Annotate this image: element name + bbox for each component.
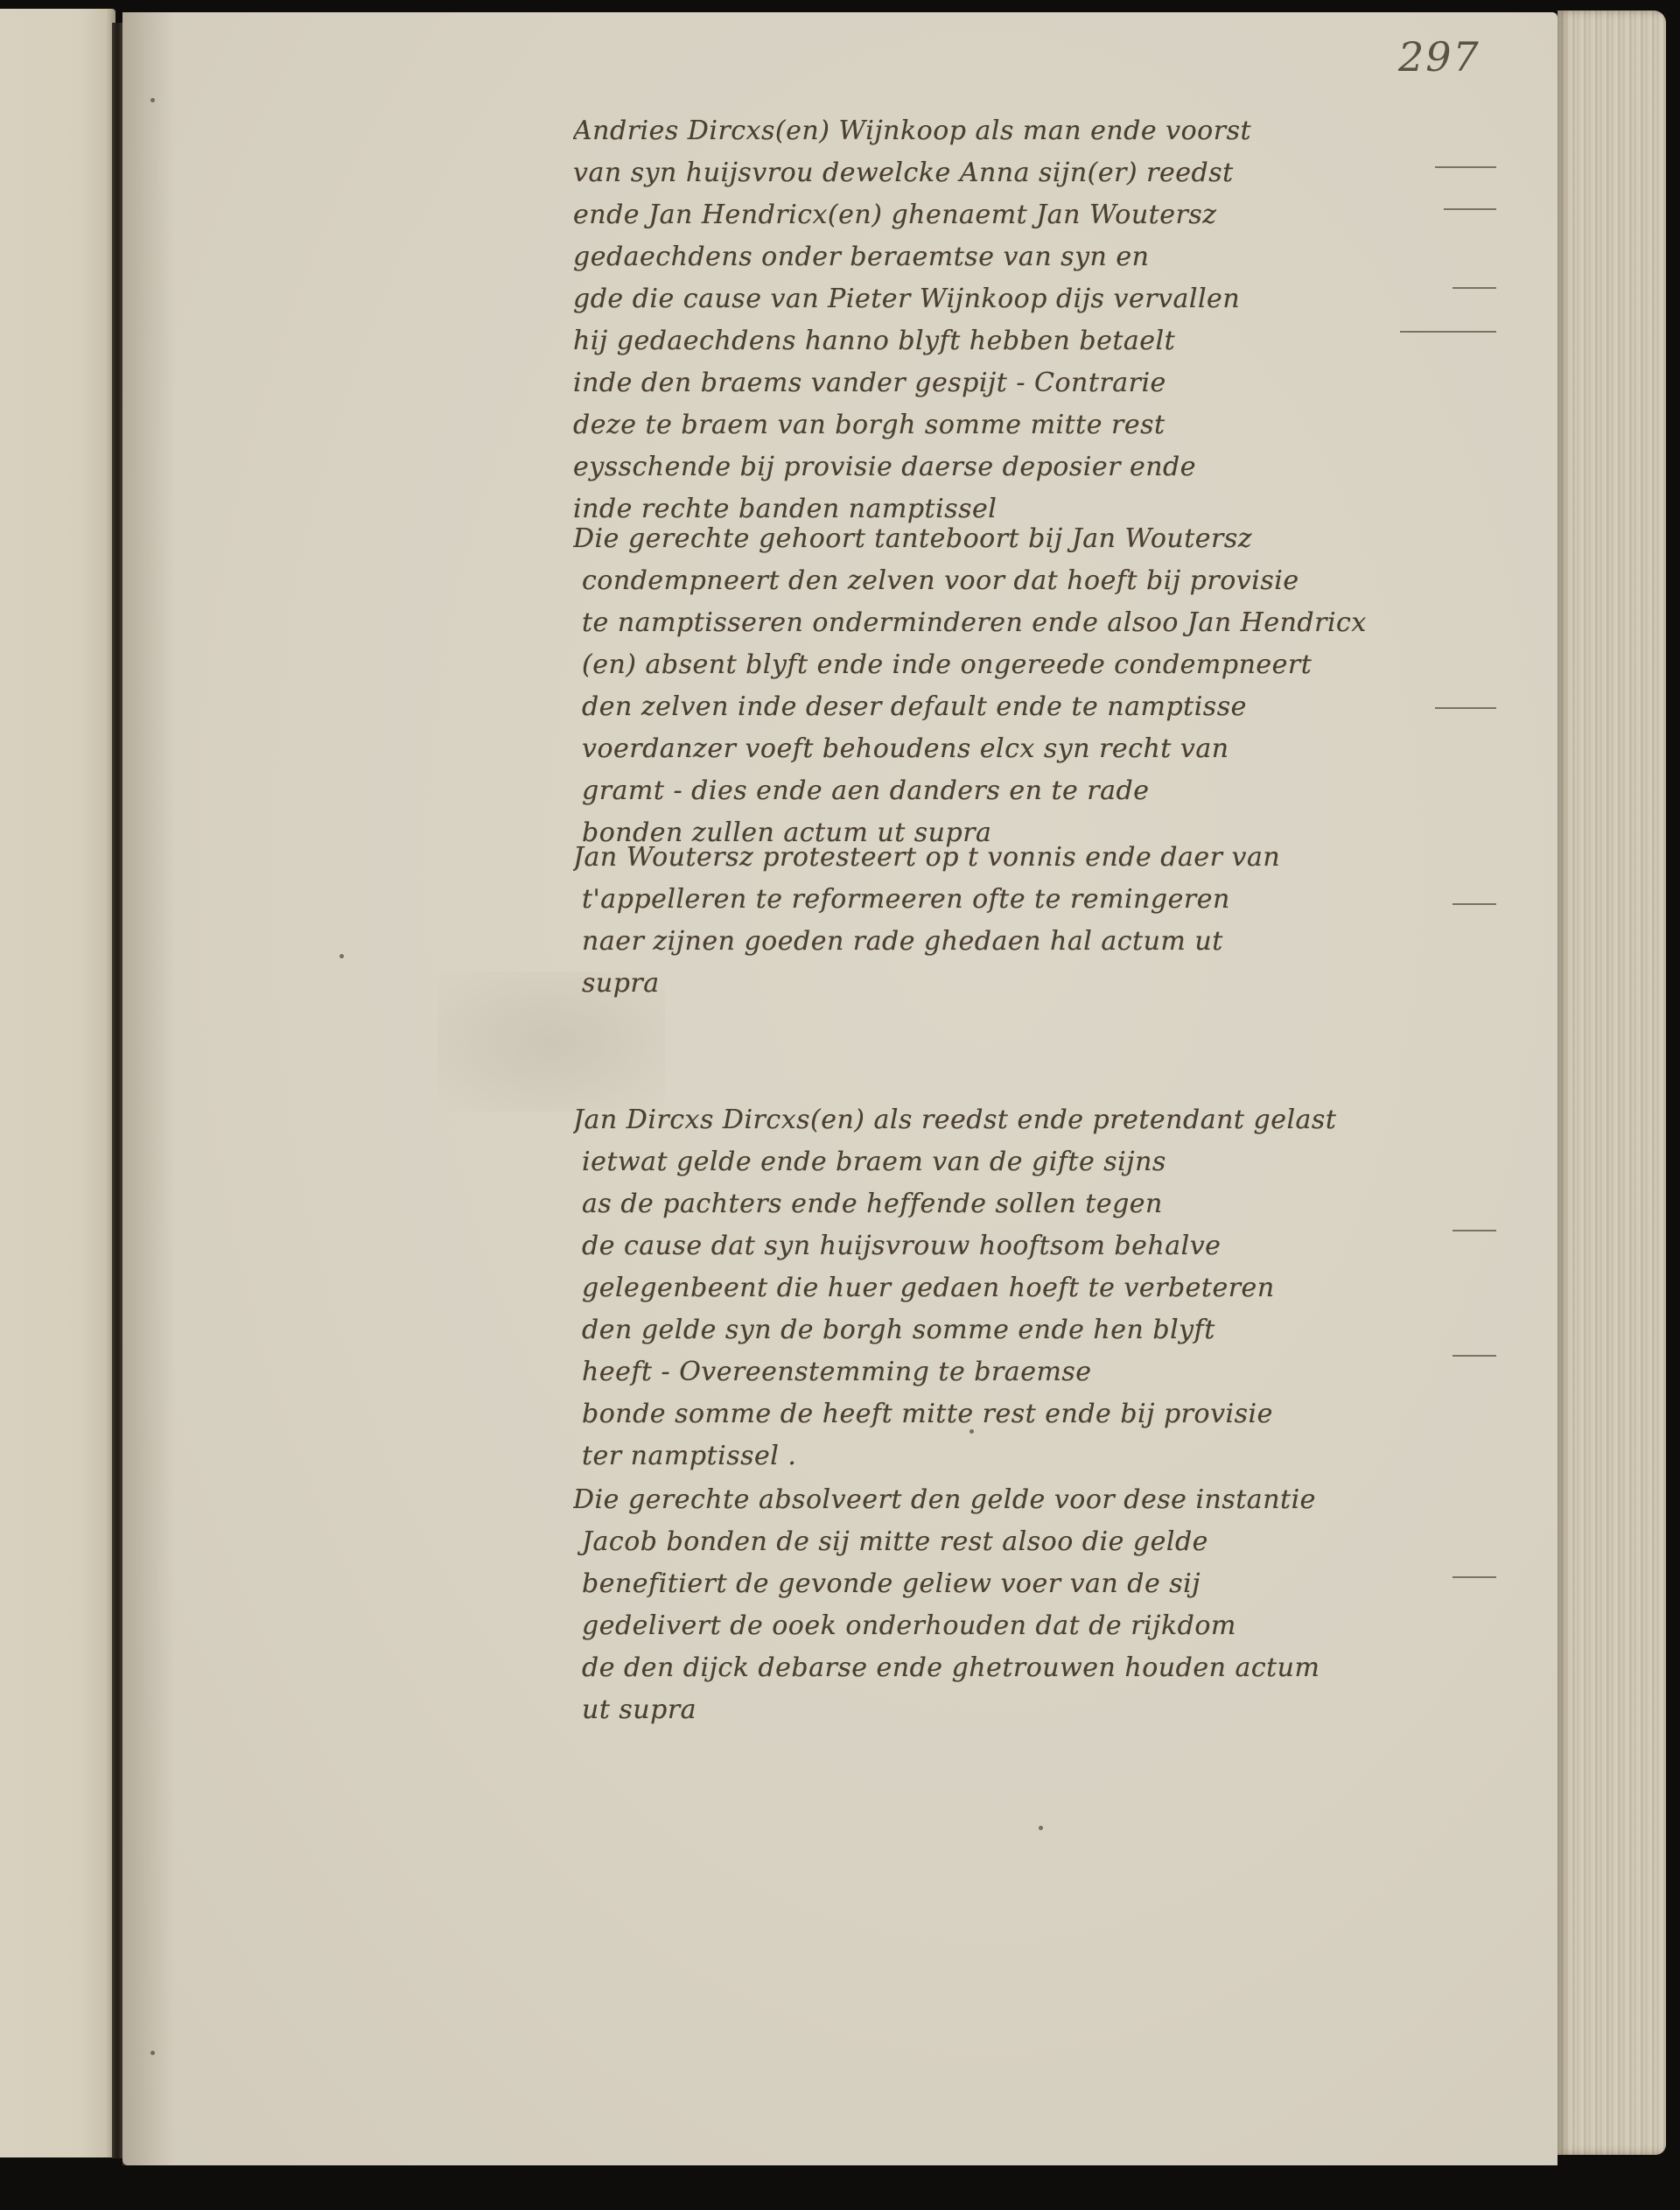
entry-4: Jan Dircxs Dircxs(en) als reedst ende pr… [573,1099,1501,1477]
text-line: voerdanzer voeft behoudens elcx syn rech… [573,728,1501,770]
line-flourish [1435,166,1496,168]
paper-speck [150,2051,155,2055]
text-line: de cause dat syn huijsvrouw hooftsom beh… [573,1225,1501,1267]
text-line: van syn huijsvrou dewelcke Anna sijn(er)… [573,152,1501,194]
entry-5: Die gerechte absolveert den gelde voor d… [573,1479,1501,1731]
entry-3: Jan Woutersz protesteert op t vonnis end… [573,837,1501,1005]
text-line: inde den braems vander gespijt - Contrar… [573,362,1501,404]
text-line: supra [573,963,1501,1005]
text-line: condempneert den zelven voor dat hoeft b… [573,560,1501,602]
line-flourish [1452,1230,1496,1231]
text-line: ende Jan Hendricx(en) ghenaemt Jan Woute… [573,194,1501,236]
paper-speck [339,954,344,958]
text-line: gramt - dies ende aen danders en te rade [573,770,1501,812]
text-line: gedelivert de ooek onderhouden dat de ri… [573,1605,1501,1647]
text-line: Jan Woutersz protesteert op t vonnis end… [573,837,1501,879]
text-line: ter namptissel . [573,1435,1501,1477]
text-line: te namptisseren onderminderen ende alsoo… [573,602,1501,644]
paper-speck [1039,1826,1043,1830]
text-line: hij gedaechdens hanno blyft hebben betae… [573,320,1501,362]
text-line: t'appelleren te reformeeren ofte te remi… [573,879,1501,921]
page-edge-stack [1557,11,1666,2155]
line-flourish [1435,707,1496,709]
line-flourish [1452,1576,1496,1578]
entry-1: Andries Dircxs(en) Wijnkoop als man ende… [573,110,1501,530]
line-flourish [1444,208,1496,210]
text-line: heeft - Overeenstemming te braemse [573,1351,1501,1393]
text-line: benefitiert de gevonde geliew voer van d… [573,1563,1501,1605]
facing-left-page [0,9,115,2157]
text-line: as de pachters ende heffende sollen tege… [573,1183,1501,1225]
text-line: den zelven inde deser default ende te na… [573,686,1501,728]
text-line: gelegenbeent die huer gedaen hoeft te ve… [573,1267,1501,1309]
paper-speck [969,1429,974,1434]
text-line: eysschende bij provisie daerse deposier … [573,446,1501,488]
text-line: Die gerechte gehoort tanteboort bij Jan … [573,518,1501,560]
text-line: bonde somme de heeft mitte rest ende bij… [573,1393,1501,1435]
paper-speck [150,98,155,102]
text-line: (en) absent blyft ende inde ongereede co… [573,644,1501,686]
line-flourish [1452,1355,1496,1357]
line-flourish [1452,287,1496,289]
text-line: Jan Dircxs Dircxs(en) als reedst ende pr… [573,1099,1501,1141]
text-line: Andries Dircxs(en) Wijnkoop als man ende… [573,110,1501,152]
line-flourish [1452,903,1496,905]
text-line: naer zijnen goeden rade ghedaen hal actu… [573,921,1501,963]
text-line: ietwat gelde ende braem van de gifte sij… [573,1141,1501,1183]
text-line: gde die cause van Pieter Wijnkoop dijs v… [573,278,1501,320]
manuscript-scan: 297 Andries Dircxs(en) Wijnkoop als man … [0,0,1680,2210]
text-line: ut supra [573,1689,1501,1731]
text-line: Jacob bonden de sij mitte rest alsoo die… [573,1521,1501,1563]
text-line: Die gerechte absolveert den gelde voor d… [573,1479,1501,1521]
folio-number: 297 [1398,33,1480,81]
line-flourish [1400,331,1496,333]
text-line: gedaechdens onder beraemtse van syn en [573,236,1501,278]
text-line: deze te braem van borgh somme mitte rest [573,404,1501,446]
entry-2: Die gerechte gehoort tanteboort bij Jan … [573,518,1501,854]
text-line: den gelde syn de borgh somme ende hen bl… [573,1309,1501,1351]
text-line: de den dijck debarse ende ghetrouwen hou… [573,1647,1501,1689]
